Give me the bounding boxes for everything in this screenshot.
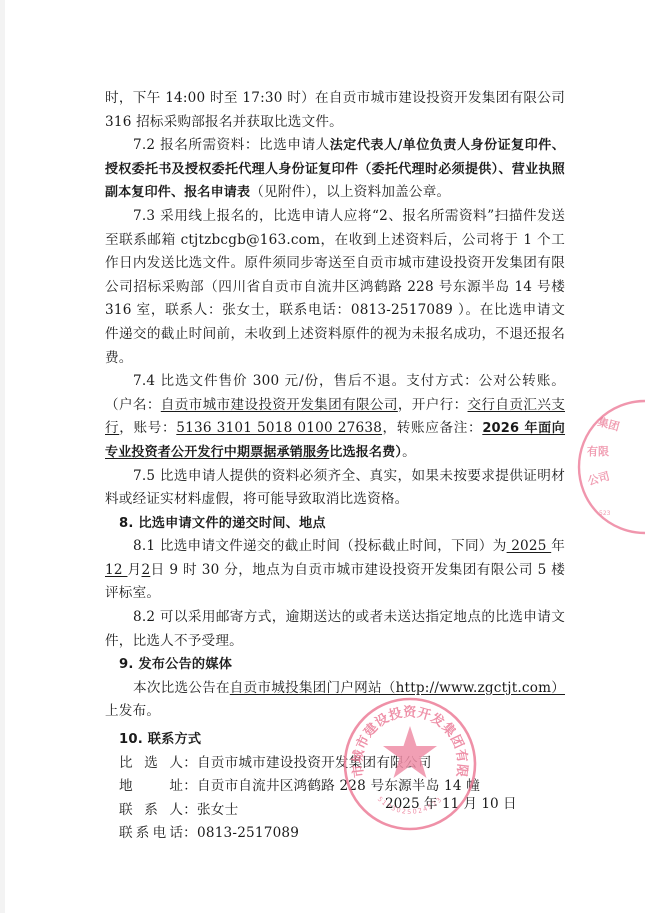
contact-label: 联系电话： [119, 822, 197, 846]
contact-row-company: 比选人： 自贡市城市建设投资开发集团有限公司 [105, 752, 565, 776]
text-8-1-suffix: 日 9 时 30 分，地点为自贡市城市建设投资开发集团有限公司 5 楼评标室。 [105, 562, 565, 602]
contact-label: 比选人： [119, 752, 197, 776]
label-char: 人： [169, 752, 197, 776]
svg-text:523: 523 [599, 510, 611, 517]
page-edge [0, 0, 5, 913]
account-number: 5136 3101 5018 0100 27638 [176, 420, 382, 436]
label-char: 人： [169, 799, 197, 823]
document-body: 时，下午 14:00 时至 17:30 时）在自贡市城市建设投资开发集团有限公司… [105, 87, 565, 846]
paragraph-9: 本次比选公告在自贡市城投集团门户网站（http://www.zgctjt.com… [105, 677, 565, 724]
label-char: 联 [119, 822, 133, 846]
contact-label: 联系人： [119, 799, 197, 823]
label-char: 比 [119, 752, 133, 776]
contact-value: 0813-2517089 [197, 822, 299, 846]
heading-section-8: 8. 比选申请文件的递交时间、地点 [105, 512, 565, 536]
paragraph-7-5: 7.5 比选申请人提供的资料必须齐全、真实，如果未按要求提供证明材料或经证实材料… [105, 465, 565, 512]
paragraph-8-1: 8.1 比选申请文件递交的截止时间（投标截止时间，下同）为 2025 年 12 … [105, 535, 565, 606]
account-name: 自贡市城市建设投资开发集团有限公司 [161, 397, 398, 413]
contact-row-phone: 联系电话： 0813-2517089 [105, 822, 565, 846]
document-date: 2025 年 11 月 10 日 [385, 792, 517, 812]
text-9-prefix: 本次比选公告在 [133, 680, 230, 696]
svg-text:公司: 公司 [586, 469, 611, 488]
label-char: 话： [169, 822, 197, 846]
paragraph-8-2: 8.2 可以采用邮寄方式，逾期送达的或者未送达指定地点的比选申请文件，比选人不予… [105, 606, 565, 653]
paragraph-7-3: 7.3 采用线上报名的，比选申请人应将“2、报名所需资料”扫描件发送至联系邮箱 … [105, 205, 565, 370]
remark-label: ，转账应备注： [382, 420, 482, 436]
partial-seal-icon: 集团 有限 公司 523 [575, 397, 645, 537]
heading-section-10: 10. 联系方式 [105, 728, 565, 752]
svg-text:集团: 集团 [596, 414, 621, 433]
text-7-2-prefix: 7.2 报名所需资料：比选申请人 [133, 137, 330, 153]
paragraph-continuation: 时，下午 14:00 时至 17:30 时）在自贡市城市建设投资开发集团有限公司… [105, 87, 565, 134]
label-char: 选 [144, 752, 158, 776]
year-unit: 年 [551, 538, 565, 554]
contact-value: 张女士 [197, 799, 238, 823]
text-9-suffix: 上发布。 [105, 703, 160, 719]
document-page: 时，下午 14:00 时至 17:30 时）在自贡市城市建设投资开发集团有限公司… [0, 0, 645, 913]
paragraph-7-4: 7.4 比选文件售价 300 元/份，售后不退。支付方式：公对公转账。（户名：自… [105, 370, 565, 464]
deadline-month: 12 [105, 562, 127, 578]
text-8-1-prefix: 8.1 比选申请文件递交的截止时间（投标截止时间，下同）为 [133, 538, 507, 554]
deadline-year: 2025 [507, 538, 552, 554]
remark-tail: 比选报名费） [329, 445, 402, 460]
paragraph-7-2: 7.2 报名所需资料：比选申请人法定代表人/单位负责人身份证复印件、授权委托书及… [105, 134, 565, 205]
label-char: 地 [119, 775, 133, 799]
label-char: 址： [169, 775, 197, 799]
month-unit: 月 [127, 562, 141, 578]
bank-label: ，开户行： [398, 397, 468, 413]
account-label: ，账号： [119, 420, 176, 436]
heading-section-9: 9. 发布公告的媒体 [105, 653, 565, 677]
label-char: 系 [144, 799, 158, 823]
text-7-2-suffix: （见附件），以上资料加盖公章。 [250, 184, 450, 200]
contact-label: 地址： [119, 775, 197, 799]
label-char: 电 [153, 822, 167, 846]
svg-text:有限: 有限 [587, 444, 609, 458]
label-char: 系 [136, 822, 150, 846]
website-link[interactable]: 自贡市城投集团门户网站（http://www.zgctjt.com） [230, 680, 565, 696]
text-7-4-end: 。 [402, 444, 416, 460]
label-char: 联 [119, 799, 133, 823]
